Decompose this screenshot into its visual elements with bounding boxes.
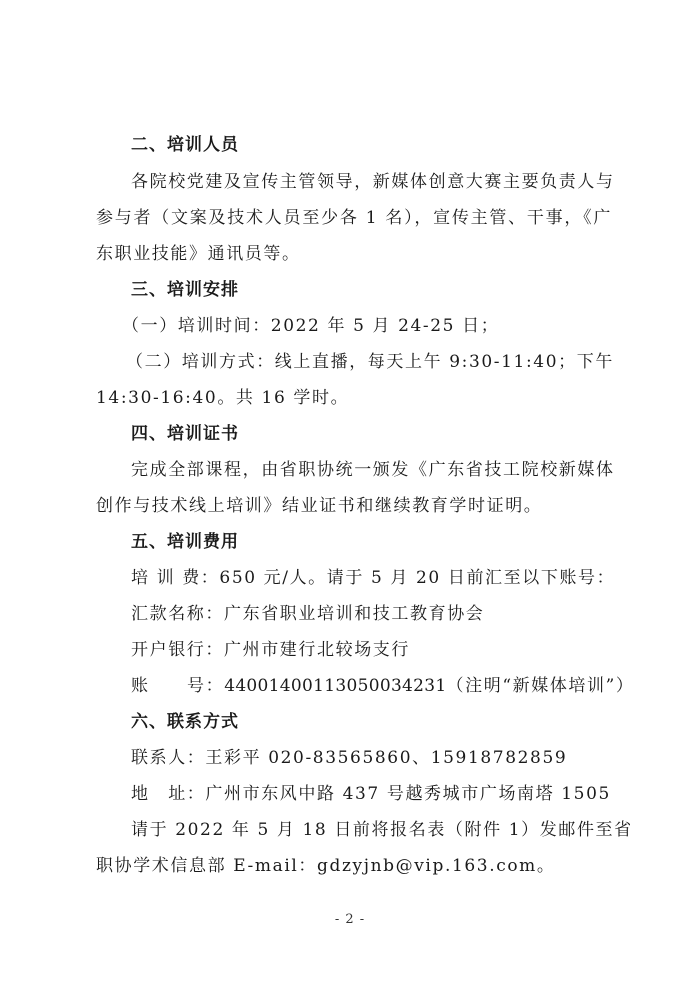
document-page: 二、培训人员 各院校党建及宣传主管领导，新媒体创意大赛主要负责人与 参与者（文案… (0, 0, 700, 990)
address-line: 地 址：广州市东风中路 437 号越秀城市广场南塔 1505 (131, 782, 612, 806)
paragraph-line: 各院校党建及宣传主管领导，新媒体创意大赛主要负责人与 (131, 170, 612, 194)
training-time: （一）培训时间：2022 年 5 月 24-25 日； (122, 314, 638, 338)
account-line: 账号：44001400113050034231（注明“新媒体培训”） (131, 674, 612, 698)
payee-line: 汇款名称：广东省职业培训和技工教育协会 (131, 602, 612, 626)
contact-person: 联系人：王彩平 020-83565860、15918782859 (131, 746, 612, 770)
section-heading-fees: 五、培训费用 (131, 530, 647, 554)
paragraph-line: 创作与技术线上培训》结业证书和继续教育学时证明。 (96, 494, 612, 518)
account-label-b: 号： (187, 676, 224, 696)
page-number: - 2 - (0, 912, 700, 927)
fee-line: 培 训 费：650 元/人。请于 5 月 20 日前汇至以下账号： (131, 566, 612, 590)
account-number: 44001400113050034231 (224, 676, 446, 696)
paragraph-line: 请于 2022 年 5 月 18 日前将报名表（附件 1）发邮件至省 (131, 818, 612, 842)
training-hours: 14:30-16:40。共 16 学时。 (96, 386, 612, 410)
email-line: 职协学术信息部 E-mail：gdzyjnb@vip.163.com。 (96, 854, 612, 878)
paragraph-line: 完成全部课程，由省职协统一颁发《广东省技工院校新媒体 (131, 458, 612, 482)
section-heading-contact: 六、联系方式 (131, 710, 647, 734)
paragraph-line: 参与者（文案及技术人员至少各 1 名），宣传主管、干事，《广 (96, 206, 612, 230)
account-note: （注明“新媒体培训”） (447, 676, 635, 696)
section-heading-certificate: 四、培训证书 (131, 422, 647, 446)
paragraph-line: 东职业技能》通讯员等。 (96, 242, 612, 266)
training-method: （二）培训方式：线上直播，每天上午 9:30-11:40；下午 (126, 350, 612, 374)
account-label-a: 账 (131, 674, 187, 698)
bank-line: 开户银行：广州市建行北较场支行 (131, 638, 612, 662)
section-heading-arrangement: 三、培训安排 (131, 278, 647, 302)
section-heading-personnel: 二、培训人员 (131, 133, 647, 157)
